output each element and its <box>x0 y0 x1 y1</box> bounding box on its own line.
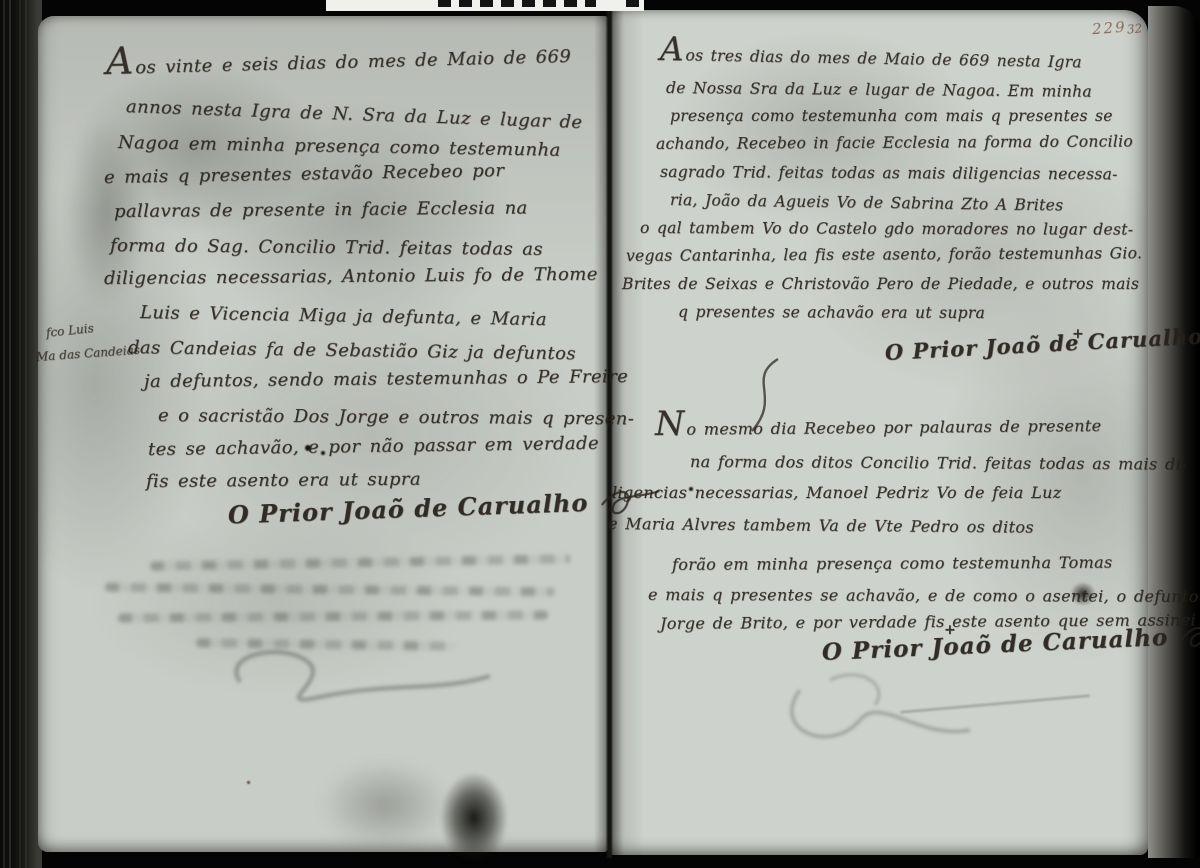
manuscript-line: na forma dos ditos Concilio Trid. feitas… <box>690 452 1187 474</box>
folio-edge-mark: 32 <box>1126 21 1143 37</box>
manuscript-line: forma do Sag. Concilio Trid. feitas toda… <box>110 235 543 260</box>
bleed-through-flourish <box>740 660 1100 780</box>
manuscript-line: pallavras de presente in facie Ecclesia … <box>114 197 528 222</box>
manuscript-line: diligencias necessarias, Antonio Luis fo… <box>104 264 598 289</box>
manuscript-line: sagrado Trid. feitas todas as mais dilig… <box>660 163 1118 183</box>
manuscript-line: achando, Recebeo in facie Ecclesia na fo… <box>656 133 1133 153</box>
page-fore-edge <box>1148 6 1200 858</box>
folio-number: 229 <box>1091 18 1127 38</box>
manuscript-line: Brites de Seixas e Christovão Pero de Pi… <box>622 275 1139 293</box>
manuscript-line: o qal tambem Vo do Castelo gdo moradores… <box>640 219 1133 239</box>
cropped-header-label <box>326 0 644 11</box>
manuscript-line: de Nossa Sra da Luz e lugar de Nagoa. Em… <box>666 79 1092 101</box>
manuscript-line: e mais q presentes se achavão, e de como… <box>648 585 1199 606</box>
manuscript-line: presença como testemunha com mais q pres… <box>670 107 1113 125</box>
manuscript-line: No mesmo dia Recebeo por palauras de pre… <box>655 416 1102 439</box>
manuscript-line: e Maria Alvres tambem Va de Vte Pedro os… <box>608 514 1034 537</box>
manuscript-line: ligencias necessarias, Manoel Pedriz Vo … <box>612 483 1062 502</box>
manuscript-line: fis este asento era ut supra <box>146 469 421 492</box>
header-label-letter-marks <box>438 0 596 7</box>
book-spine <box>0 0 42 868</box>
manuscript-line: forão em minha presença como testemunha … <box>672 553 1113 574</box>
bleed-through-flourish <box>200 642 500 712</box>
manuscript-photo: 229 32 Aos vinte e seis dias do mes de M… <box>0 0 1200 868</box>
manuscript-line: q presentes se achavão era ut supra <box>678 303 985 322</box>
manuscript-line: vegas Cantarinha, lea fis este asento, f… <box>626 244 1142 265</box>
header-label-letter-mark <box>626 0 639 7</box>
manuscript-line: e o sacristão Dos Jorge e outros mais q … <box>158 405 634 429</box>
signature-flourish-icon <box>1177 620 1200 654</box>
